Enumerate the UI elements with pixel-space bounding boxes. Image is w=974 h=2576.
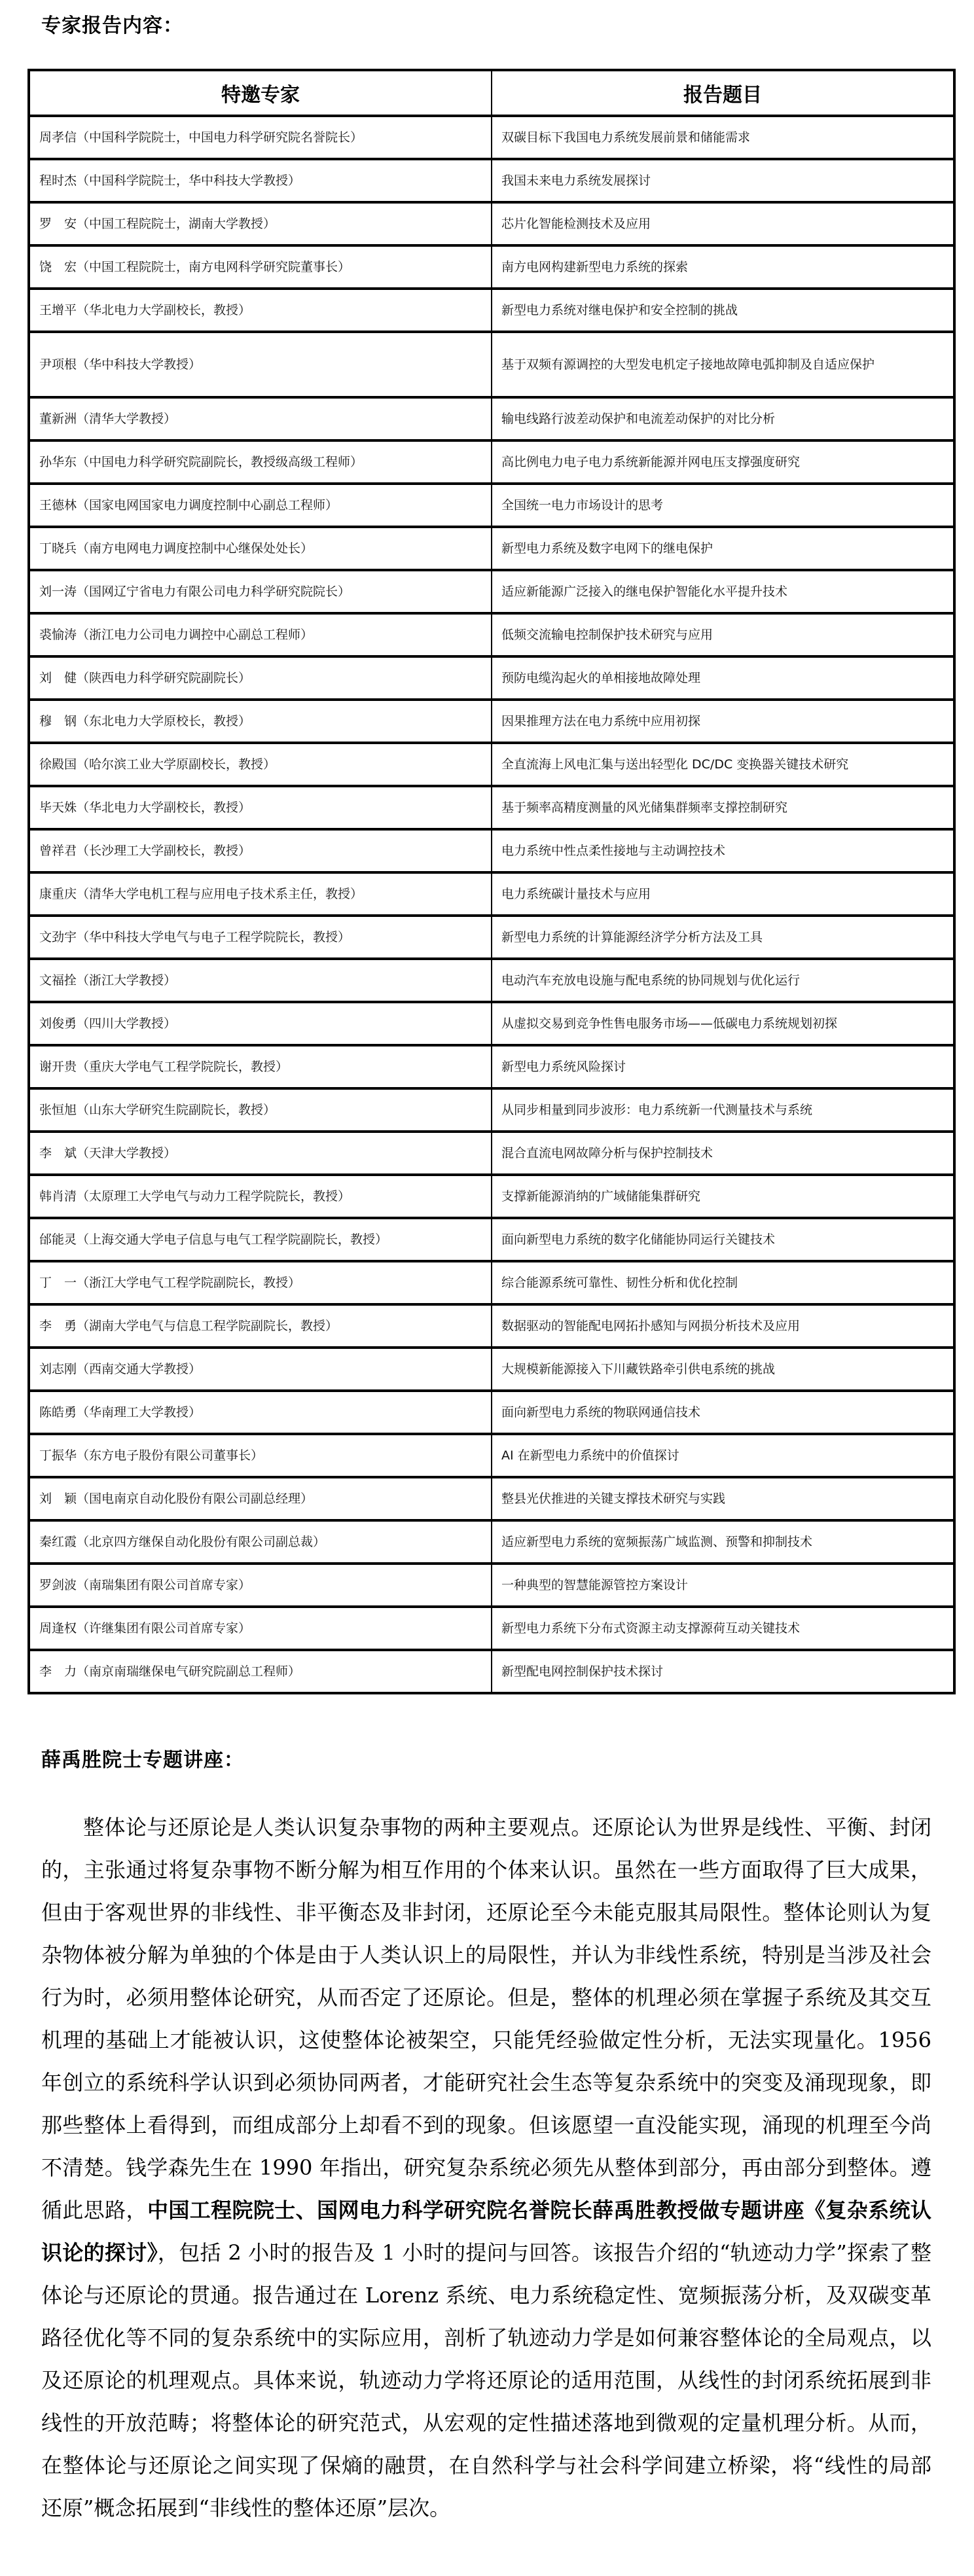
reports-section-heading: 专家报告内容： xyxy=(41,14,183,38)
table-row: 周孝信（中国科学院院士，中国电力科学研究院名誉院长）双碳目标下我国电力系统发展前… xyxy=(29,116,954,159)
lecture-text-intro: 整体论与还原论是人类认识复杂事物的两种主要观点。还原论认为世界是线性、平衡、封闭… xyxy=(41,1815,931,2223)
report-topic-cell: 新型电力系统下分布式资源主动支撑源荷互动关键技术 xyxy=(492,1607,954,1650)
report-topic-cell: 面向新型电力系统的数字化储能协同运行关键技术 xyxy=(492,1218,954,1261)
table-row: 王增平（华北电力大学副校长，教授）新型电力系统对继电保护和安全控制的挑战 xyxy=(29,289,954,332)
expert-name-cell: 穆 钢（东北电力大学原校长，教授） xyxy=(29,700,492,743)
report-topic-cell: 电力系统中性点柔性接地与主动调控技术 xyxy=(492,829,954,872)
report-topic-cell: 整县光伏推进的关键支撑技术研究与实践 xyxy=(492,1477,954,1520)
report-topic-cell: 从同步相量到同步波形：电力系统新一代测量技术与系统 xyxy=(492,1088,954,1132)
report-topic-cell: 全国统一电力市场设计的思考 xyxy=(492,484,954,527)
expert-name-cell: 周逢权（许继集团有限公司首席专家） xyxy=(29,1607,492,1650)
report-topic-cell: 基于频率高精度测量的风光储集群频率支撑控制研究 xyxy=(492,786,954,829)
table-row: 秦红霞（北京四方继保自动化股份有限公司副总裁）适应新型电力系统的宽频振荡广域监测… xyxy=(29,1520,954,1564)
table-row: 李 勇（湖南大学电气与信息工程学院副院长，教授）数据驱动的智能配电网拓扑感知与网… xyxy=(29,1304,954,1348)
expert-name-cell: 罗 安（中国工程院院士，湖南大学教授） xyxy=(29,202,492,245)
table-row: 曾祥君（长沙理工大学副校长，教授）电力系统中性点柔性接地与主动调控技术 xyxy=(29,829,954,872)
table-row: 周逢权（许继集团有限公司首席专家）新型电力系统下分布式资源主动支撑源荷互动关键技… xyxy=(29,1607,954,1650)
table-row: 刘 健（陕西电力科学研究院副院长）预防电缆沟起火的单相接地故障处理 xyxy=(29,656,954,700)
report-topic-cell: 数据驱动的智能配电网拓扑感知与网损分析技术及应用 xyxy=(492,1304,954,1348)
report-topic-cell: 双碳目标下我国电力系统发展前景和储能需求 xyxy=(492,116,954,159)
expert-name-cell: 李 力（南京南瑞继保电气研究院副总工程师） xyxy=(29,1650,492,1693)
report-topic-cell: 大规模新能源接入下川藏铁路牵引供电系统的挑战 xyxy=(492,1348,954,1391)
report-topic-cell: 新型电力系统风险探讨 xyxy=(492,1045,954,1088)
table-row: 谢开贵（重庆大学电气工程学院院长，教授）新型电力系统风险探讨 xyxy=(29,1045,954,1088)
expert-name-cell: 丁晓兵（南方电网电力调度控制中心继保处处长） xyxy=(29,527,492,570)
column-header-topic: 报告题目 xyxy=(492,70,954,116)
lecture-text-summary: ，包括 2 小时的报告及 1 小时的提问与回答。该报告介绍的“轨迹动力学”探索了… xyxy=(41,2240,931,2520)
expert-name-cell: 文福拴（浙江大学教授） xyxy=(29,959,492,1002)
table-row: 邰能灵（上海交通大学电子信息与电气工程学院副院长，教授）面向新型电力系统的数字化… xyxy=(29,1218,954,1261)
expert-name-cell: 刘一涛（国网辽宁省电力有限公司电力科学研究院院长） xyxy=(29,570,492,613)
expert-name-cell: 孙华东（中国电力科学研究院副院长，教授级高级工程师） xyxy=(29,440,492,484)
expert-name-cell: 王增平（华北电力大学副校长，教授） xyxy=(29,289,492,332)
report-topic-cell: 南方电网构建新型电力系统的探索 xyxy=(492,245,954,289)
table-row: 刘一涛（国网辽宁省电力有限公司电力科学研究院院长）适应新能源广泛接入的继电保护智… xyxy=(29,570,954,613)
report-topic-cell: 电力系统碳计量技术与应用 xyxy=(492,872,954,916)
report-topic-cell: 新型电力系统的计算能源经济学分析方法及工具 xyxy=(492,916,954,959)
expert-name-cell: 程时杰（中国科学院院士，华中科技大学教授） xyxy=(29,159,492,202)
table-row: 穆 钢（东北电力大学原校长，教授）因果推理方法在电力系统中应用初探 xyxy=(29,700,954,743)
report-topic-cell: 输电线路行波差动保护和电流差动保护的对比分析 xyxy=(492,397,954,440)
expert-name-cell: 张恒旭（山东大学研究生院副院长，教授） xyxy=(29,1088,492,1132)
report-topic-cell: 一种典型的智慧能源管控方案设计 xyxy=(492,1564,954,1607)
expert-name-cell: 丁 一（浙江大学电气工程学院副院长，教授） xyxy=(29,1261,492,1304)
report-topic-cell: 从虚拟交易到竞争性售电服务市场——低碳电力系统规划初探 xyxy=(492,1002,954,1045)
lecture-description-paragraph: 整体论与还原论是人类认识复杂事物的两种主要观点。还原论认为世界是线性、平衡、封闭… xyxy=(41,1806,931,2530)
table-row: 张恒旭（山东大学研究生院副院长，教授）从同步相量到同步波形：电力系统新一代测量技… xyxy=(29,1088,954,1132)
table-body: 周孝信（中国科学院院士，中国电力科学研究院名誉院长）双碳目标下我国电力系统发展前… xyxy=(29,116,954,1693)
report-topic-cell: 芯片化智能检测技术及应用 xyxy=(492,202,954,245)
expert-name-cell: 谢开贵（重庆大学电气工程学院院长，教授） xyxy=(29,1045,492,1088)
table-row: 丁晓兵（南方电网电力调度控制中心继保处处长）新型电力系统及数字电网下的继电保护 xyxy=(29,527,954,570)
expert-name-cell: 李 斌（天津大学教授） xyxy=(29,1132,492,1175)
table-row: 毕天姝（华北电力大学副校长，教授）基于频率高精度测量的风光储集群频率支撑控制研究 xyxy=(29,786,954,829)
expert-name-cell: 王德林（国家电网国家电力调度控制中心副总工程师） xyxy=(29,484,492,527)
report-topic-cell: 面向新型电力系统的物联网通信技术 xyxy=(492,1391,954,1434)
expert-name-cell: 刘 健（陕西电力科学研究院副院长） xyxy=(29,656,492,700)
expert-name-cell: 裘愉涛（浙江电力公司电力调控中心副总工程师） xyxy=(29,613,492,656)
report-topic-cell: 我国未来电力系统发展探讨 xyxy=(492,159,954,202)
report-topic-cell: 综合能源系统可靠性、韧性分析和优化控制 xyxy=(492,1261,954,1304)
lecture-section-heading: 薛禹胜院士专题讲座： xyxy=(41,1749,244,1772)
report-topic-cell: 新型电力系统对继电保护和安全控制的挑战 xyxy=(492,289,954,332)
table-row: 罗 安（中国工程院院士，湖南大学教授）芯片化智能检测技术及应用 xyxy=(29,202,954,245)
report-topic-cell: 新型配电网控制保护技术探讨 xyxy=(492,1650,954,1693)
expert-name-cell: 邰能灵（上海交通大学电子信息与电气工程学院副院长，教授） xyxy=(29,1218,492,1261)
report-topic-cell: 新型电力系统及数字电网下的继电保护 xyxy=(492,527,954,570)
expert-name-cell: 康重庆（清华大学电机工程与应用电子技术系主任，教授） xyxy=(29,872,492,916)
report-topic-cell: 基于双频有源调控的大型发电机定子接地故障电弧抑制及自适应保护 xyxy=(492,332,954,397)
column-header-expert: 特邀专家 xyxy=(29,70,492,116)
expert-name-cell: 文劲宇（华中科技大学电气与电子工程学院院长，教授） xyxy=(29,916,492,959)
expert-name-cell: 徐殿国（哈尔滨工业大学原副校长，教授） xyxy=(29,743,492,786)
report-topic-cell: 适应新能源广泛接入的继电保护智能化水平提升技术 xyxy=(492,570,954,613)
table-row: 董新洲（清华大学教授）输电线路行波差动保护和电流差动保护的对比分析 xyxy=(29,397,954,440)
expert-name-cell: 董新洲（清华大学教授） xyxy=(29,397,492,440)
table-row: 孙华东（中国电力科学研究院副院长，教授级高级工程师）高比例电力电子电力系统新能源… xyxy=(29,440,954,484)
expert-name-cell: 毕天姝（华北电力大学副校长，教授） xyxy=(29,786,492,829)
table-row: 刘俊勇（四川大学教授）从虚拟交易到竞争性售电服务市场——低碳电力系统规划初探 xyxy=(29,1002,954,1045)
table-row: 文福拴（浙江大学教授）电动汽车充放电设施与配电系统的协同规划与优化运行 xyxy=(29,959,954,1002)
table-row: 王德林（国家电网国家电力调度控制中心副总工程师）全国统一电力市场设计的思考 xyxy=(29,484,954,527)
expert-name-cell: 韩肖清（太原理工大学电气与动力工程学院院长，教授） xyxy=(29,1175,492,1218)
expert-name-cell: 刘 颖（国电南京自动化股份有限公司副总经理） xyxy=(29,1477,492,1520)
expert-name-cell: 罗剑波（南瑞集团有限公司首席专家） xyxy=(29,1564,492,1607)
table-row: 陈皓勇（华南理工大学教授）面向新型电力系统的物联网通信技术 xyxy=(29,1391,954,1434)
expert-name-cell: 秦红霞（北京四方继保自动化股份有限公司副总裁） xyxy=(29,1520,492,1564)
report-topic-cell: 低频交流输电控制保护技术研究与应用 xyxy=(492,613,954,656)
table-row: 饶 宏（中国工程院院士，南方电网科学研究院董事长）南方电网构建新型电力系统的探索 xyxy=(29,245,954,289)
report-topic-cell: 因果推理方法在电力系统中应用初探 xyxy=(492,700,954,743)
report-topic-cell: 电动汽车充放电设施与配电系统的协同规划与优化运行 xyxy=(492,959,954,1002)
expert-reports-table: 特邀专家 报告题目 周孝信（中国科学院院士，中国电力科学研究院名誉院长）双碳目标… xyxy=(27,69,956,1694)
table-row: 丁 一（浙江大学电气工程学院副院长，教授）综合能源系统可靠性、韧性分析和优化控制 xyxy=(29,1261,954,1304)
table-row: 李 斌（天津大学教授）混合直流电网故障分析与保护控制技术 xyxy=(29,1132,954,1175)
expert-name-cell: 尹项根（华中科技大学教授） xyxy=(29,332,492,397)
table-row: 丁振华（东方电子股份有限公司董事长）AI 在新型电力系统中的价值探讨 xyxy=(29,1434,954,1477)
table-row: 康重庆（清华大学电机工程与应用电子技术系主任，教授）电力系统碳计量技术与应用 xyxy=(29,872,954,916)
table-row: 韩肖清（太原理工大学电气与动力工程学院院长，教授）支撑新能源消纳的广域储能集群研… xyxy=(29,1175,954,1218)
table-row: 刘 颖（国电南京自动化股份有限公司副总经理）整县光伏推进的关键支撑技术研究与实践 xyxy=(29,1477,954,1520)
table-row: 罗剑波（南瑞集团有限公司首席专家）一种典型的智慧能源管控方案设计 xyxy=(29,1564,954,1607)
report-topic-cell: 全直流海上风电汇集与送出轻型化 DC/DC 变换器关键技术研究 xyxy=(492,743,954,786)
report-topic-cell: 混合直流电网故障分析与保护控制技术 xyxy=(492,1132,954,1175)
report-topic-cell: 支撑新能源消纳的广域储能集群研究 xyxy=(492,1175,954,1218)
table-row: 裘愉涛（浙江电力公司电力调控中心副总工程师）低频交流输电控制保护技术研究与应用 xyxy=(29,613,954,656)
table-row: 尹项根（华中科技大学教授）基于双频有源调控的大型发电机定子接地故障电弧抑制及自适… xyxy=(29,332,954,397)
expert-name-cell: 周孝信（中国科学院院士，中国电力科学研究院名誉院长） xyxy=(29,116,492,159)
table-header-row: 特邀专家 报告题目 xyxy=(29,70,954,116)
expert-name-cell: 李 勇（湖南大学电气与信息工程学院副院长，教授） xyxy=(29,1304,492,1348)
table-row: 李 力（南京南瑞继保电气研究院副总工程师）新型配电网控制保护技术探讨 xyxy=(29,1650,954,1693)
table-row: 徐殿国（哈尔滨工业大学原副校长，教授）全直流海上风电汇集与送出轻型化 DC/DC… xyxy=(29,743,954,786)
table-row: 文劲宇（华中科技大学电气与电子工程学院院长，教授）新型电力系统的计算能源经济学分… xyxy=(29,916,954,959)
table-row: 程时杰（中国科学院院士，华中科技大学教授）我国未来电力系统发展探讨 xyxy=(29,159,954,202)
expert-name-cell: 曾祥君（长沙理工大学副校长，教授） xyxy=(29,829,492,872)
expert-name-cell: 刘志刚（西南交通大学教授） xyxy=(29,1348,492,1391)
expert-name-cell: 刘俊勇（四川大学教授） xyxy=(29,1002,492,1045)
report-topic-cell: 预防电缆沟起火的单相接地故障处理 xyxy=(492,656,954,700)
report-topic-cell: AI 在新型电力系统中的价值探讨 xyxy=(492,1434,954,1477)
table-row: 刘志刚（西南交通大学教授）大规模新能源接入下川藏铁路牵引供电系统的挑战 xyxy=(29,1348,954,1391)
report-topic-cell: 高比例电力电子电力系统新能源并网电压支撑强度研究 xyxy=(492,440,954,484)
expert-name-cell: 丁振华（东方电子股份有限公司董事长） xyxy=(29,1434,492,1477)
report-topic-cell: 适应新型电力系统的宽频振荡广域监测、预警和抑制技术 xyxy=(492,1520,954,1564)
expert-name-cell: 饶 宏（中国工程院院士，南方电网科学研究院董事长） xyxy=(29,245,492,289)
expert-name-cell: 陈皓勇（华南理工大学教授） xyxy=(29,1391,492,1434)
